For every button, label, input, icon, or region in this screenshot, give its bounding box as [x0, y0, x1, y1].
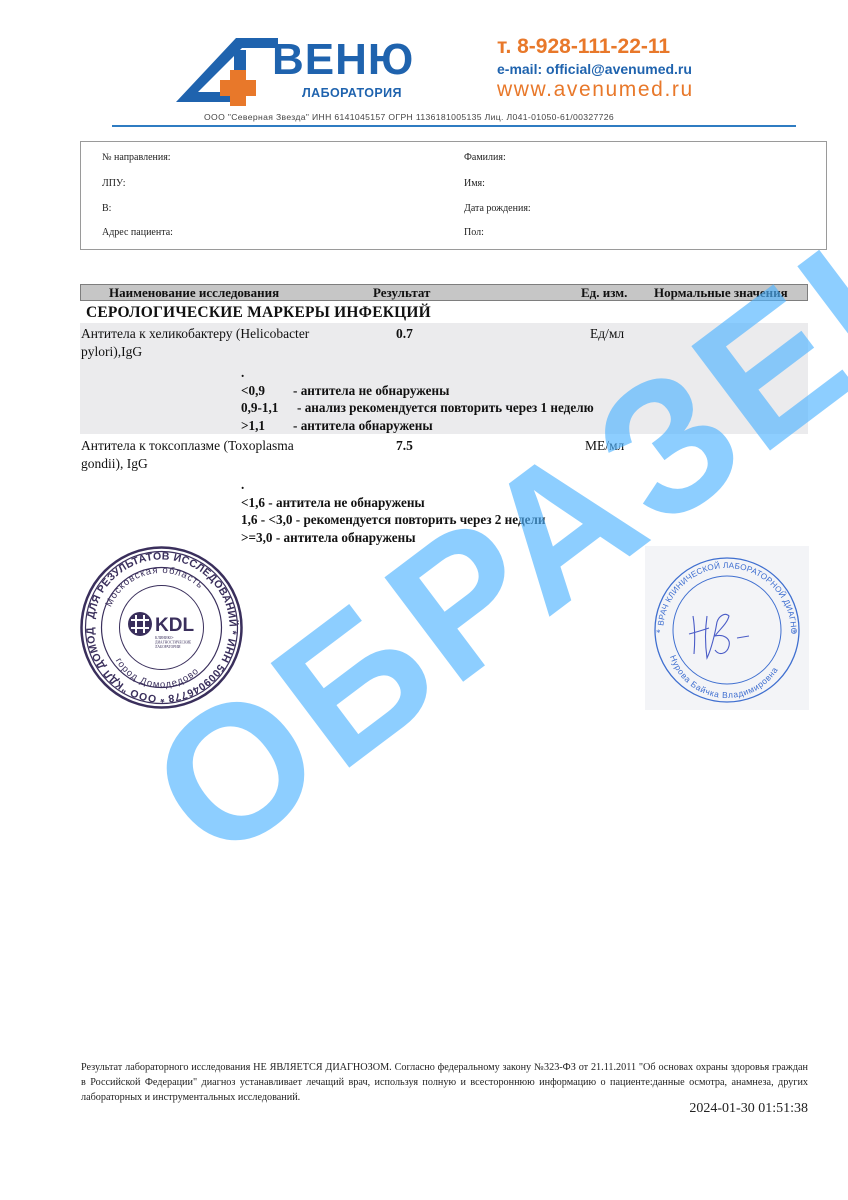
- reference-dot: .: [241, 364, 594, 382]
- reference-line: <0,9- антитела не обнаружены: [241, 382, 594, 400]
- reference-values: . <0,9- антитела не обнаружены 0,9-1,1- …: [241, 364, 594, 434]
- disclaimer: Результат лабораторного исследования НЕ …: [81, 1060, 808, 1105]
- svg-text:КЛИНИКО-: КЛИНИКО-: [155, 636, 175, 640]
- test-result: 0.7: [396, 325, 413, 343]
- header-result: Результат: [373, 285, 430, 301]
- field-sex: Пол:: [464, 227, 484, 238]
- svg-text:ВРАЧ КЛИНИЧЕСКОЙ ЛАБОРАТОРНОЙ: ВРАЧ КЛИНИЧЕСКОЙ ЛАБОРАТОРНОЙ ДИАГНОСТИК…: [645, 546, 798, 634]
- header-test-name: Наименование исследования: [109, 285, 279, 301]
- report-timestamp: 2024-01-30 01:51:38: [689, 1101, 808, 1117]
- header-unit: Ед. изм.: [581, 285, 627, 301]
- field-referral-number: № направления:: [102, 152, 171, 163]
- section-title: СЕРОЛОГИЧЕСКИЕ МАРКЕРЫ ИНФЕКЦИЙ: [86, 304, 431, 322]
- field-surname: Фамилия:: [464, 152, 506, 163]
- reference-values: . <1,6 - антитела не обнаружены 1,6 - <3…: [241, 476, 545, 546]
- email: e-mail: official@avenumed.ru: [497, 60, 694, 78]
- phone: т. 8-928-111-22-11: [497, 36, 694, 58]
- logo-a-plus-icon: [174, 36, 284, 106]
- results-table-header: Наименование исследования Результат Ед. …: [80, 284, 808, 301]
- reference-line: >=3,0 - антитела обнаружены: [241, 529, 545, 547]
- reference-line: 1,6 - <3,0 - рекомендуется повторить чер…: [241, 511, 545, 529]
- test-name: Антитела к токсоплазме (Toxoplasma gondi…: [81, 437, 316, 473]
- field-lpu: ЛПУ:: [102, 178, 125, 189]
- website: www.avenumed.ru: [497, 78, 694, 102]
- logo-subtitle: ЛАБОРАТОРИЯ: [302, 86, 402, 100]
- contacts: т. 8-928-111-22-11 e-mail: official@aven…: [497, 36, 694, 102]
- test-unit: Ед/мл: [590, 325, 624, 343]
- header-divider: [112, 125, 796, 127]
- field-v: В:: [102, 203, 111, 214]
- field-patient-address: Адрес пациента:: [102, 227, 173, 238]
- reference-line: <1,6 - антитела не обнаружены: [241, 494, 545, 512]
- field-birth-date: Дата рождения:: [464, 203, 531, 214]
- reference-line: 0,9-1,1- анализ рекомендуется повторить …: [241, 399, 594, 417]
- logo-wordmark: ВЕНЮ: [272, 38, 414, 82]
- signature-icon: [689, 614, 749, 658]
- patient-info-box: № направления: ЛПУ: В: Адрес пациента: Ф…: [80, 141, 827, 250]
- test-unit: МЕ/мл: [585, 437, 624, 455]
- aveniu-logo: ВЕНЮ ЛАБОРАТОРИЯ: [174, 36, 444, 106]
- svg-text:ЛАБОРАТОРИИ: ЛАБОРАТОРИИ: [155, 645, 181, 649]
- doctor-stamp: ВРАЧ КЛИНИЧЕСКОЙ ЛАБОРАТОРНОЙ ДИАГНОСТИК…: [645, 546, 809, 710]
- test-result: 7.5: [396, 437, 413, 455]
- header-normal-values: Нормальные значения: [654, 285, 788, 301]
- letterhead: ВЕНЮ ЛАБОРАТОРИЯ т. 8-928-111-22-11 e-ma…: [112, 28, 796, 128]
- svg-text:KDL: KDL: [155, 615, 194, 636]
- kdl-stamp: ДЛЯ РЕЗУЛЬТАТОВ ИССЛЕДОВАНИЙ * ИНН 50090…: [79, 545, 244, 710]
- reference-line: >1,1- антитела обнаружены: [241, 417, 594, 435]
- test-name: Антитела к хеликобактеру (Helicobacter p…: [81, 325, 316, 361]
- svg-text:*: *: [656, 628, 661, 638]
- svg-text:ДИАГНОСТИЧЕСКИЕ: ДИАГНОСТИЧЕСКИЕ: [155, 641, 192, 645]
- legal-info: ООО "Северная Звезда" ИНН 6141045157 ОГР…: [204, 112, 614, 122]
- reference-dot: .: [241, 476, 545, 494]
- svg-text:*: *: [792, 628, 797, 638]
- doctor-stamp-area: ВРАЧ КЛИНИЧЕСКОЙ ЛАБОРАТОРНОЙ ДИАГНОСТИК…: [645, 546, 809, 710]
- field-first-name: Имя:: [464, 178, 485, 189]
- svg-text:Нурова Байчка Владимировна: Нурова Байчка Владимировна: [668, 654, 780, 700]
